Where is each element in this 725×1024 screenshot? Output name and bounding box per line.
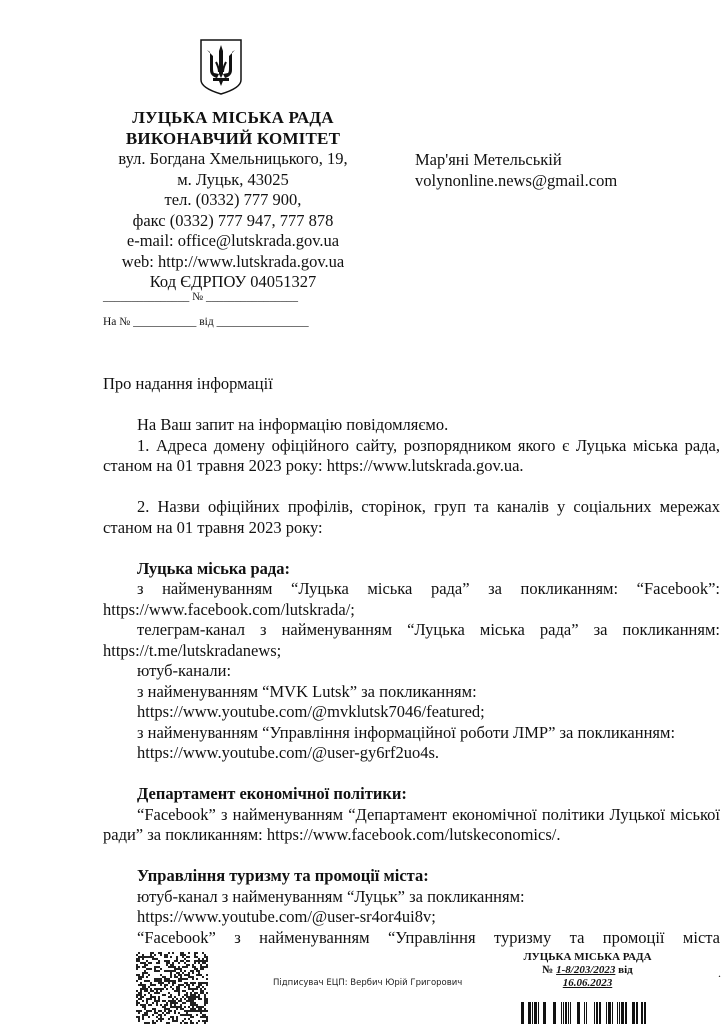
trident-emblem-icon — [199, 38, 243, 96]
org-title-line1: ЛУЦЬКА МІСЬКА РАДА — [92, 108, 374, 129]
org-title: ЛУЦЬКА МІСЬКА РАДА ВИКОНАВЧИЙ КОМІТЕТ — [92, 108, 374, 149]
registration-number-line: _______________ № ________________ — [103, 291, 298, 303]
incoming-number-line: На № ___________ від ________________ — [103, 316, 309, 328]
stamp-no-prefix: № — [542, 964, 556, 976]
section-line: ютуб-канали: — [103, 661, 720, 682]
section-line: https://www.youtube.com/@user-sr4or4ui8v… — [103, 907, 720, 928]
registration-stamp: ЛУЦЬКА МІСЬКА РАДА № 1-8/203/2023 від 16… — [500, 951, 675, 990]
address-web: web: http://www.lutskrada.gov.ua — [92, 252, 374, 273]
section-line: https://www.youtube.com/@user-gy6rf2uo4s… — [103, 743, 720, 764]
item-2: 2. Назви офіційних профілів, сторінок, г… — [103, 497, 720, 538]
section-line: https://www.youtube.com/@mvklutsk7046/fe… — [103, 702, 720, 723]
section-line: з найменуванням “Управління інформаційно… — [103, 723, 720, 744]
section-heading-economic-policy: Департамент економічної політики: — [103, 784, 720, 805]
stamp-org: ЛУЦЬКА МІСЬКА РАДА — [500, 951, 675, 964]
letter-intro: На Ваш запит на інформацію повідомляємо. — [103, 415, 720, 436]
org-address: вул. Богдана Хмельницького, 19, м. Луцьк… — [92, 149, 374, 293]
address-city: м. Луцьк, 43025 — [92, 170, 374, 191]
stamp-number: 1-8/203/2023 — [556, 964, 615, 976]
address-phone: тел. (0332) 777 900, — [92, 190, 374, 211]
section-line: ютуб-канал з найменуванням “Луцьк” за по… — [103, 887, 720, 908]
address-street: вул. Богдана Хмельницького, 19, — [92, 149, 374, 170]
letter-body: Про надання інформації На Ваш запит на і… — [103, 374, 720, 948]
section-heading-city-council: Луцька міська рада: — [103, 559, 720, 580]
org-title-line2: ВИКОНАВЧИЙ КОМІТЕТ — [92, 129, 374, 150]
section-line: з найменуванням “Луцька міська рада” за … — [103, 579, 720, 620]
recipient-email: volynonline.news@gmail.com — [415, 171, 617, 192]
signer-label: Підписувач ЕЦП: Вербич Юрій Григорович — [273, 978, 462, 988]
qr-code-icon — [136, 952, 208, 1024]
letter-subject: Про надання інформації — [103, 374, 720, 395]
section-line: з найменуванням “MVK Lutsk” за покликанн… — [103, 682, 720, 703]
section-line: “Facebook” з найменуванням “Управління т… — [103, 928, 720, 949]
item-1: 1. Адреса домену офіційного сайту, розпо… — [103, 436, 720, 477]
section-line: “Facebook” з найменуванням “Департамент … — [103, 805, 720, 846]
stamp-date: 16.06.2023 — [563, 977, 613, 989]
stamp-from: від — [615, 964, 632, 976]
section-heading-tourism: Управління туризму та промоції міста: — [103, 866, 720, 887]
address-fax: факс (0332) 777 947, 777 878 — [92, 211, 374, 232]
address-email: e-mail: office@lutskrada.gov.ua — [92, 231, 374, 252]
address-edrpou: Код ЄДРПОУ 04051327 — [92, 272, 374, 293]
recipient-name: Мар'яні Метельській — [415, 150, 617, 171]
stray-dot: . — [718, 966, 721, 981]
section-line: телеграм-канал з найменуванням “Луцька м… — [103, 620, 720, 661]
recipient-block: Мар'яні Метельській volynonline.news@gma… — [415, 150, 617, 191]
barcode-icon — [519, 1002, 647, 1024]
